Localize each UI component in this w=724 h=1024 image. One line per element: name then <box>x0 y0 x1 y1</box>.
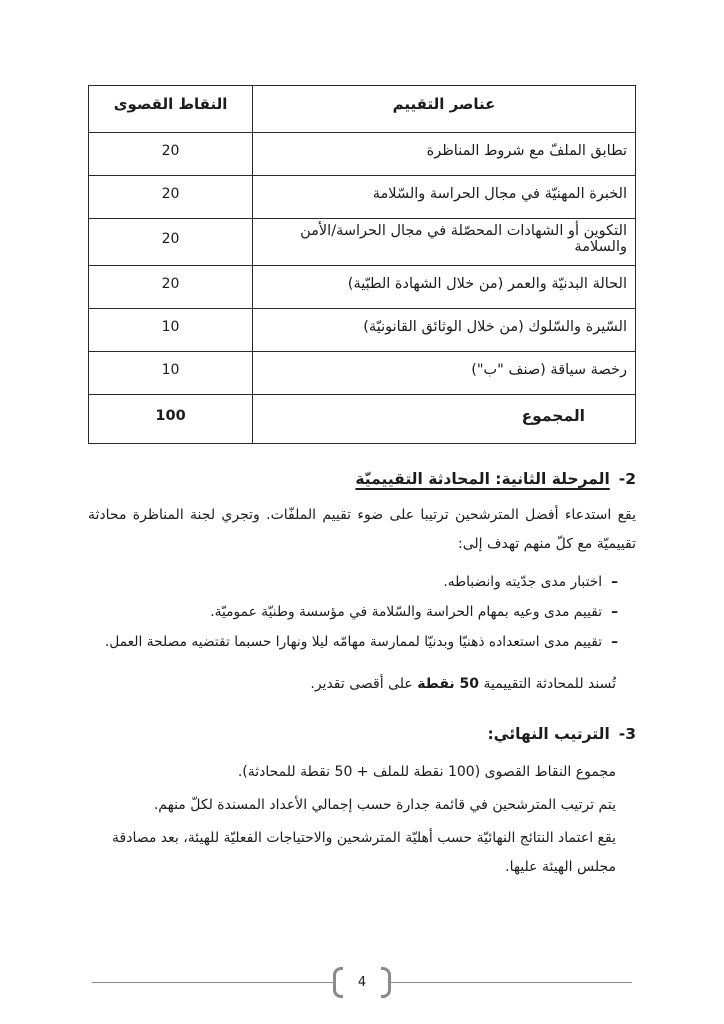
note-bold-points: 50 نقطة <box>417 676 479 692</box>
criteria-cell: السّيرة والسّلوك (من خلال الوثائق القانو… <box>253 309 636 352</box>
table-row: التكوين أو الشهادات المحصّلة في مجال الح… <box>89 219 636 266</box>
page-footer: 4 <box>92 967 632 998</box>
note-prefix: تُسند للمحادثة التقييمية <box>479 676 616 692</box>
criteria-cell: التكوين أو الشهادات المحصّلة في مجال الح… <box>253 219 636 266</box>
points-cell: 20 <box>89 133 253 176</box>
criteria-cell: تطابق الملفّ مع شروط المناظرة <box>253 133 636 176</box>
list-item: – تقييم مدى استعداده ذهنيّا وبدنيّا لمما… <box>88 627 618 657</box>
points-cell: 20 <box>89 176 253 219</box>
page-number-bracket-right <box>381 967 391 998</box>
bullet-text: تقييم مدى استعداده ذهنيّا وبدنيّا لممارس… <box>105 627 602 657</box>
points-cell: 20 <box>89 266 253 309</box>
criteria-cell: رخصة سياقة (صنف "ب") <box>253 352 636 395</box>
table-row: الحالة البدنيّة والعمر (من خلال الشهادة … <box>89 266 636 309</box>
criteria-cell: الخبرة المهنيّة في مجال الحراسة والسّلام… <box>253 176 636 219</box>
criteria-column-header: عناصر التقييم <box>253 86 636 133</box>
section2-number: 2- <box>619 470 636 488</box>
section2-intro-paragraph: يقع استدعاء أفضل المترشحين ترتيبا على ضو… <box>88 501 636 559</box>
paragraph: يتم ترتيب المترشحين في قائمة جدارة حسب إ… <box>88 791 616 820</box>
criteria-cell: الحالة البدنيّة والعمر (من خلال الشهادة … <box>253 266 636 309</box>
note-suffix: على أقصى تقدير. <box>310 676 417 692</box>
table-total-row: المجموع 100 <box>89 395 636 444</box>
page-number: 4 <box>343 967 381 998</box>
table-row: تطابق الملفّ مع شروط المناظرة 20 <box>89 133 636 176</box>
footer-rule-right <box>391 982 632 983</box>
section2-heading: 2-المرحلة الثانية: المحادثة التقييميّة <box>88 470 636 488</box>
section2-title: المرحلة الثانية: المحادثة التقييميّة <box>355 470 609 488</box>
table-row: السّيرة والسّلوك (من خلال الوثائق القانو… <box>89 309 636 352</box>
section3-title: الترتيب النهائي: <box>487 725 609 743</box>
section3-number: 3- <box>619 725 636 743</box>
bullet-dash-icon: – <box>611 567 618 597</box>
paragraph: مجموع النقاط القصوى (100 نقطة للملف + 50… <box>88 758 616 787</box>
section3-heading: 3-الترتيب النهائي: <box>88 725 636 743</box>
section3-paragraphs: مجموع النقاط القصوى (100 نقطة للملف + 50… <box>88 758 636 882</box>
points-column-header: النقاط القصوى <box>89 86 253 133</box>
paragraph: يقع اعتماد النتائج النهائيّة حسب أهليّة … <box>88 824 616 882</box>
bullet-text: تقييم مدى وعيه بمهام الحراسة والسّلامة ف… <box>210 597 602 627</box>
list-item: – اختبار مدى جدّيته وانضباطه. <box>88 567 618 597</box>
points-cell: 10 <box>89 352 253 395</box>
table-header-row: عناصر التقييم النقاط القصوى <box>89 86 636 133</box>
footer-rule-left <box>92 982 333 983</box>
bullet-dash-icon: – <box>611 627 618 657</box>
points-cell: 20 <box>89 219 253 266</box>
section2-points-note: تُسند للمحادثة التقييمية 50 نقطة على أقص… <box>88 670 616 699</box>
evaluation-criteria-table: عناصر التقييم النقاط القصوى تطابق الملفّ… <box>88 85 636 444</box>
table-row: الخبرة المهنيّة في مجال الحراسة والسّلام… <box>89 176 636 219</box>
section2-bullet-list: – اختبار مدى جدّيته وانضباطه. – تقييم مد… <box>88 567 618 657</box>
points-cell: 10 <box>89 309 253 352</box>
total-label: المجموع <box>253 395 636 444</box>
bullet-text: اختبار مدى جدّيته وانضباطه. <box>443 567 602 597</box>
bullet-dash-icon: – <box>611 597 618 627</box>
list-item: – تقييم مدى وعيه بمهام الحراسة والسّلامة… <box>88 597 618 627</box>
document-page: عناصر التقييم النقاط القصوى تطابق الملفّ… <box>0 0 724 1024</box>
table-row: رخصة سياقة (صنف "ب") 10 <box>89 352 636 395</box>
total-points: 100 <box>89 395 253 444</box>
page-number-bracket-left <box>333 967 343 998</box>
